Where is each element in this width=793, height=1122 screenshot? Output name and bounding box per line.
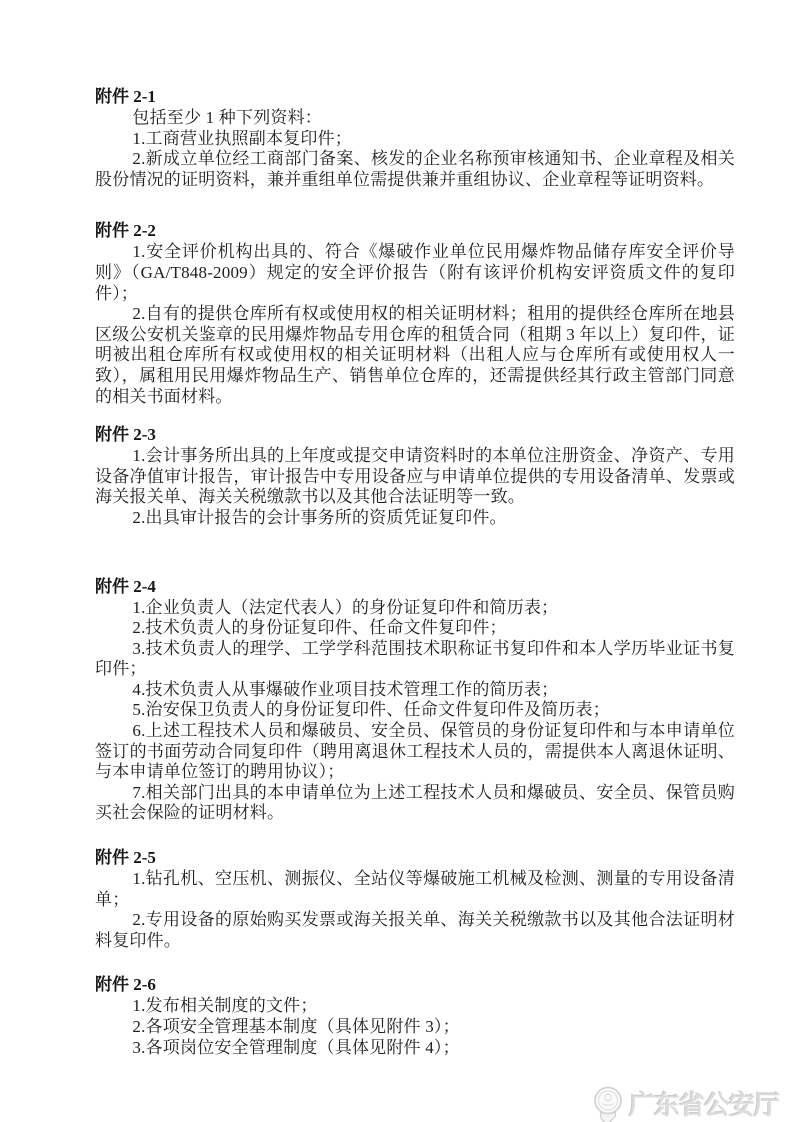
section-heading: 附件 2-1 <box>95 86 735 108</box>
paragraph: 2.出具审计报告的会计事务所的资质凭证复印件。 <box>95 508 735 529</box>
paragraph: 1.安全评价机构出具的、符合《爆破作业单位民用爆炸物品储存库安全评价导则》（GA… <box>95 242 735 304</box>
attachment-section: 附件 2-5 1.钻孔机、空压机、测振仪、全站仪等爆破施工机械及检测、测量的专用… <box>95 847 735 951</box>
paragraph: 1.钻孔机、空压机、测振仪、全站仪等爆破施工机械及检测、测量的专用设备清单； <box>95 869 735 910</box>
section-paragraphs: 1.安全评价机构出具的、符合《爆破作业单位民用爆炸物品储存库安全评价导则》（GA… <box>95 242 735 407</box>
paragraph: 4.技术负责人从事爆破作业项目技术管理工作的简历表； <box>95 680 735 701</box>
attachment-section: 附件 2-2 1.安全评价机构出具的、符合《爆破作业单位民用爆炸物品储存库安全评… <box>95 220 735 407</box>
paragraph: 1.发布相关制度的文件； <box>95 996 735 1017</box>
document-body: 附件 2-1 包括至少 1 种下列资料：1.工商营业执照副本复印件；2.新成立单… <box>95 86 735 1058</box>
paragraph: 1.会计事务所出具的上年度或提交申请资料时的本单位注册资金、净资产、专用设备净值… <box>95 446 735 508</box>
paragraph: 2.自有的提供仓库所有权或使用权的相关证明材料；租用的提供经仓库所在地县区级公安… <box>95 304 735 407</box>
paragraph: 2.各项安全管理基本制度（具体见附件 3）； <box>95 1017 735 1038</box>
paragraph: 包括至少 1 种下列资料： <box>95 108 735 129</box>
paragraph: 3.技术负责人的理学、工学学科范围技术职称证书复印件和本人学历毕业证书复印件； <box>95 639 735 680</box>
section-paragraphs: 包括至少 1 种下列资料：1.工商营业执照副本复印件；2.新成立单位经工商部门备… <box>95 108 735 190</box>
paragraph: 5.治安保卫负责人的身份证复印件、任命文件复印件及简历表； <box>95 700 735 721</box>
paragraph: 2.新成立单位经工商部门备案、核发的企业名称预审核通知书、企业章程及相关股份情况… <box>95 149 735 190</box>
paragraph: 6.上述工程技术人员和爆破员、安全员、保管员的身份证复印件和与本申请单位签订的书… <box>95 721 735 783</box>
paragraph: 7.相关部门出具的本申请单位为上述工程技术人员和爆破员、安全员、保管员购买社会保… <box>95 783 735 824</box>
attachment-section: 附件 2-1 包括至少 1 种下列资料：1.工商营业执照副本复印件；2.新成立单… <box>95 86 735 190</box>
attachment-section: 附件 2-3 1.会计事务所出具的上年度或提交申请资料时的本单位注册资金、净资产… <box>95 424 735 528</box>
section-heading: 附件 2-5 <box>95 847 735 869</box>
paragraph: 2.技术负责人的身份证复印件、任命文件复印件； <box>95 618 735 639</box>
attachment-section: 附件 2-4 1.企业负责人（法定代表人）的身份证复印件和简历表；2.技术负责人… <box>95 576 735 825</box>
section-heading: 附件 2-4 <box>95 576 735 598</box>
section-heading: 附件 2-2 <box>95 220 735 242</box>
document-page: 附件 2-1 包括至少 1 种下列资料：1.工商营业执照副本复印件；2.新成立单… <box>0 0 793 1122</box>
attachment-section: 附件 2-6 1.发布相关制度的文件；2.各项安全管理基本制度（具体见附件 3）… <box>95 974 735 1058</box>
paragraph: 3.各项岗位安全管理制度（具体见附件 4）； <box>95 1038 735 1059</box>
section-heading: 附件 2-6 <box>95 974 735 996</box>
section-paragraphs: 1.发布相关制度的文件；2.各项安全管理基本制度（具体见附件 3）；3.各项岗位… <box>95 996 735 1058</box>
paragraph: 2.专用设备的原始购买发票或海关报关单、海关关税缴款书以及其他合法证明材料复印件… <box>95 910 735 951</box>
section-paragraphs: 1.企业负责人（法定代表人）的身份证复印件和简历表；2.技术负责人的身份证复印件… <box>95 598 735 825</box>
watermark: 广东省公安厅 <box>590 1085 779 1122</box>
paragraph: 1.工商营业执照副本复印件； <box>95 129 735 150</box>
section-paragraphs: 1.会计事务所出具的上年度或提交申请资料时的本单位注册资金、净资产、专用设备净值… <box>95 446 735 528</box>
watermark-label: 广东省公安厅 <box>629 1085 779 1122</box>
section-paragraphs: 1.钻孔机、空压机、测振仪、全站仪等爆破施工机械及检测、测量的专用设备清单；2.… <box>95 869 735 951</box>
paragraph: 1.企业负责人（法定代表人）的身份证复印件和简历表； <box>95 598 735 619</box>
police-badge-icon <box>590 1086 626 1122</box>
section-heading: 附件 2-3 <box>95 424 735 446</box>
